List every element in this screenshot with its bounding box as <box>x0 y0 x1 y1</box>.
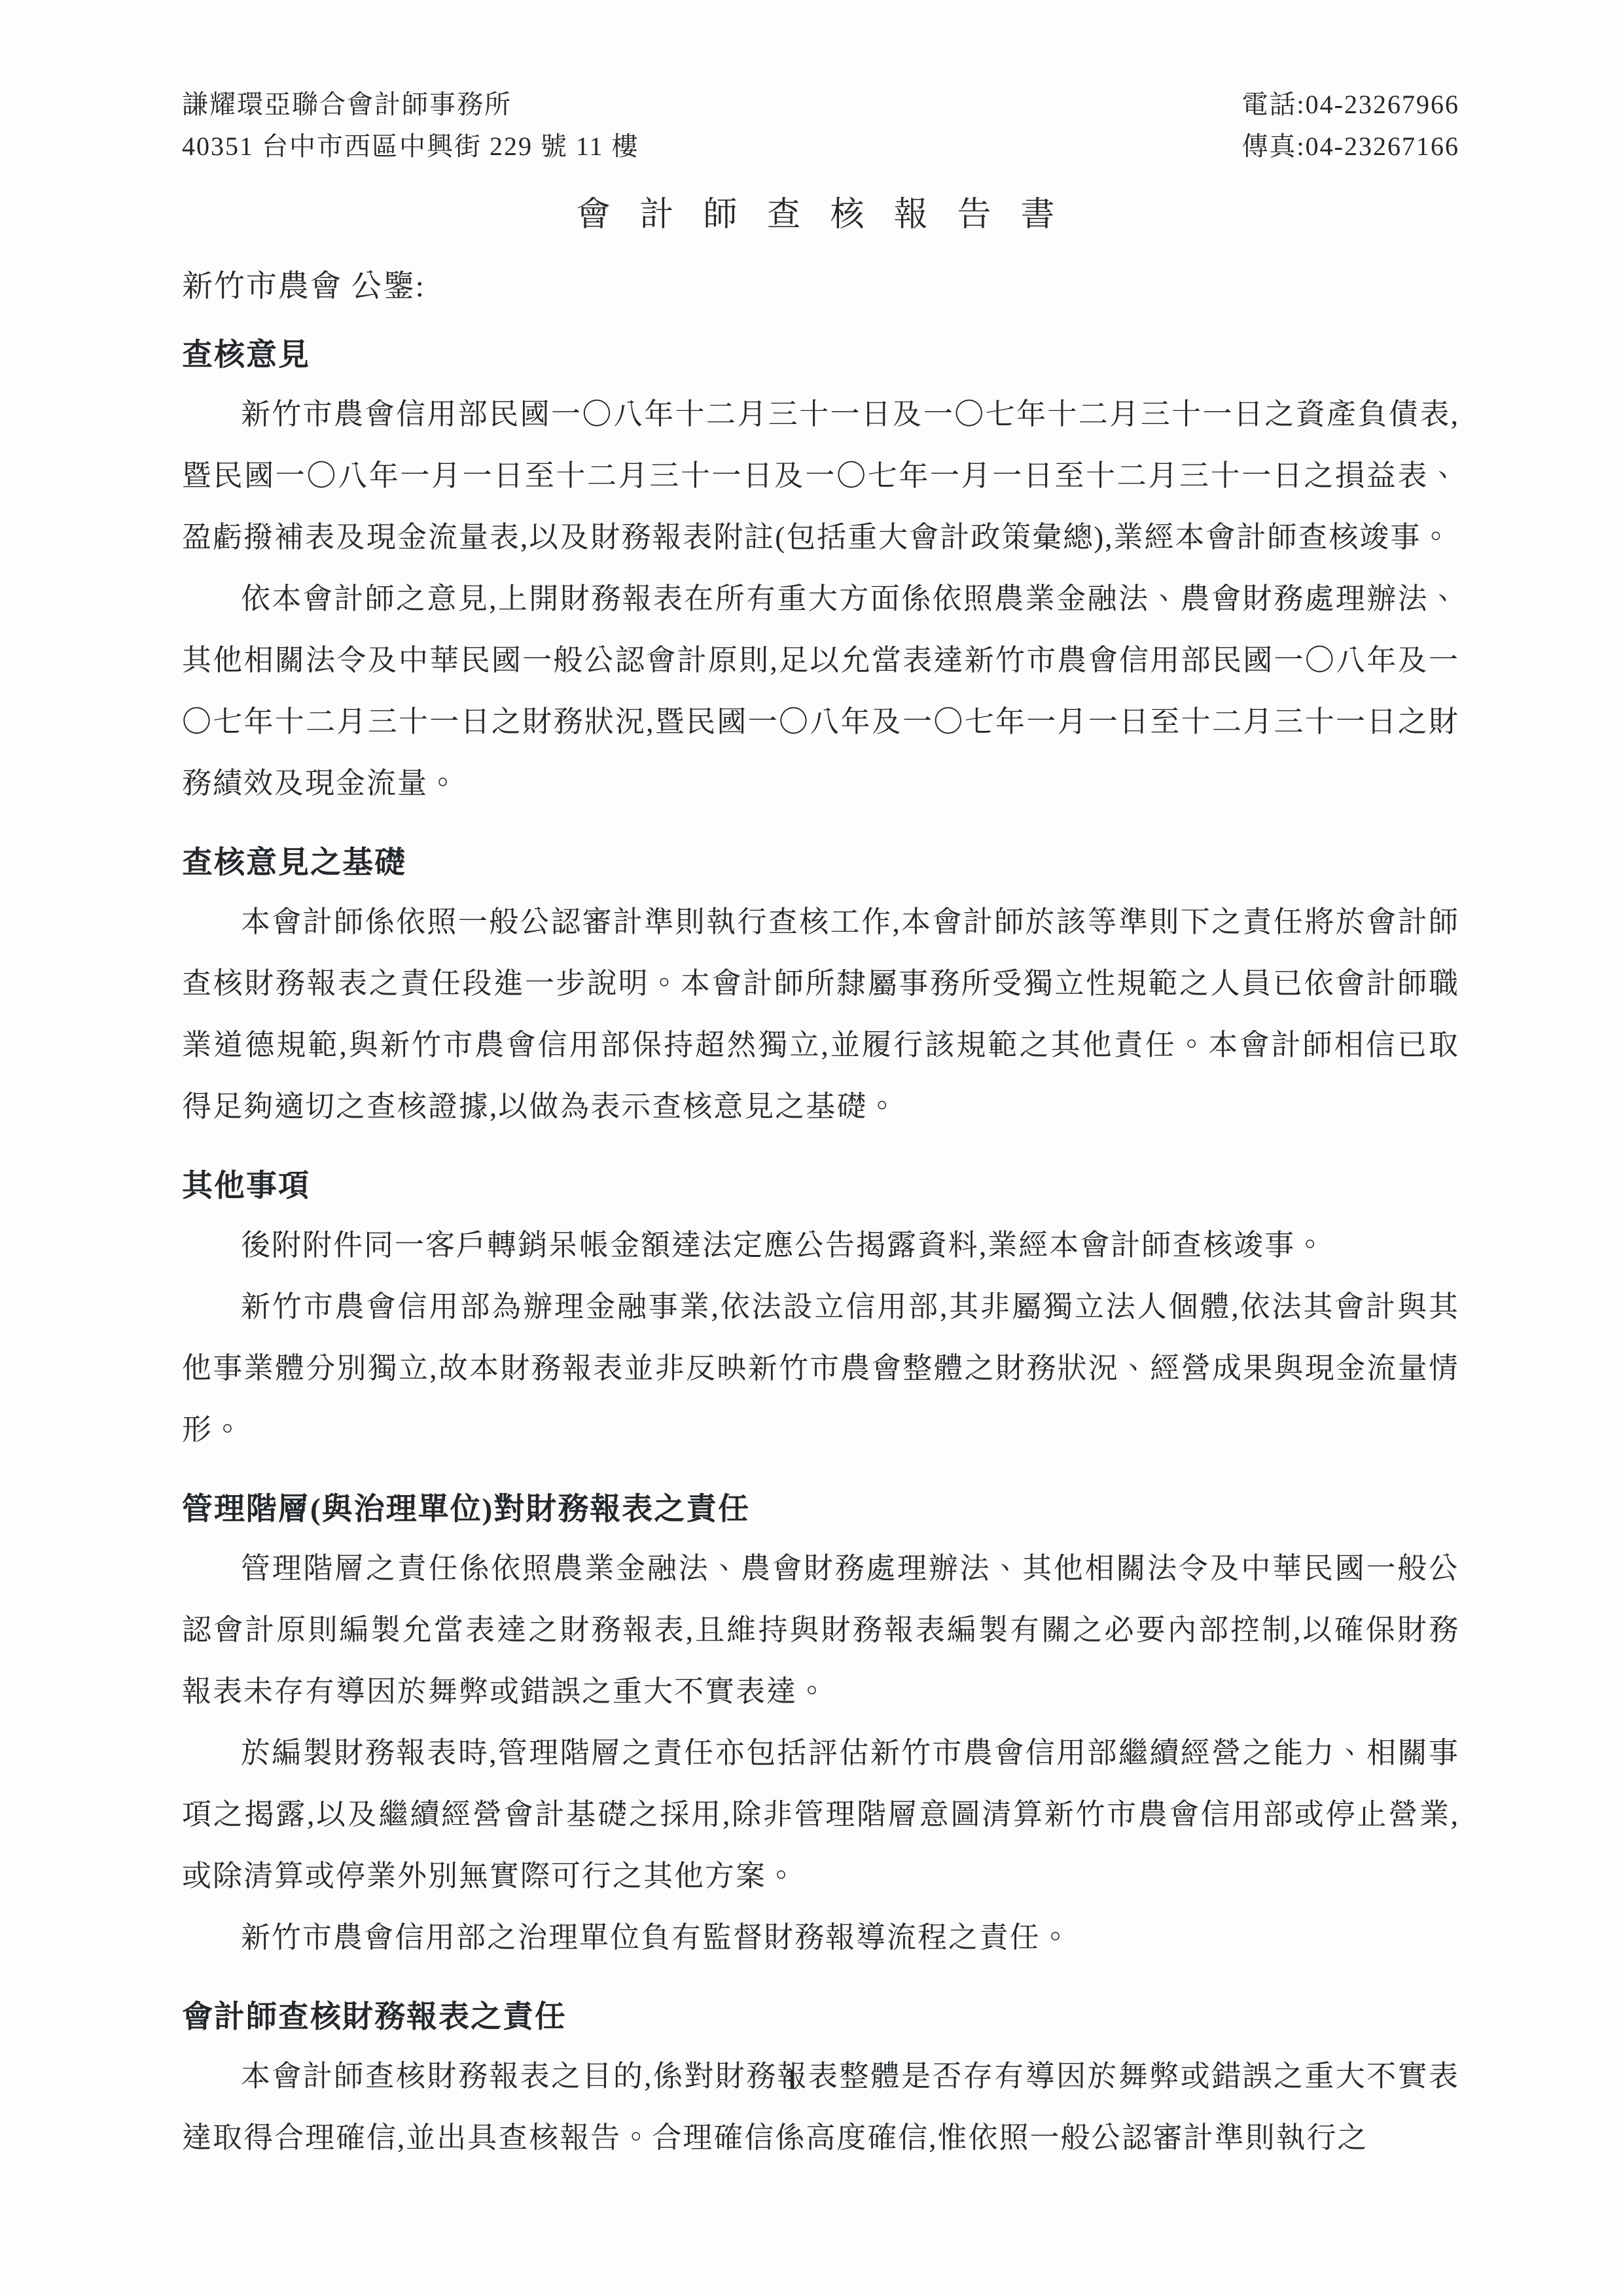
paragraph: 後附附件同一客戶轉銷呆帳金額達法定應公告揭露資料,業經本會計師查核竣事。 <box>182 1214 1459 1276</box>
section-heading-other-matters: 其他事項 <box>182 1166 1459 1207</box>
section-other-matters: 其他事項 後附附件同一客戶轉銷呆帳金額達法定應公告揭露資料,業經本會計師查核竣事… <box>182 1166 1459 1460</box>
section-basis-for-opinion: 查核意見之基礎 本會計師係依照一般公認審計準則執行查核工作,本會計師於該等準則下… <box>182 843 1459 1137</box>
letterhead-left: 謙耀環亞聯合會計師事務所 40351 台中市西區中興街 229 號 11 樓 <box>182 84 639 168</box>
paragraph: 本會計師係依照一般公認審計準則執行查核工作,本會計師於該等準則下之責任將於會計師… <box>182 891 1459 1137</box>
section-heading-audit-opinion: 查核意見 <box>182 335 1459 376</box>
paragraph: 新竹市農會信用部為辦理金融事業,依法設立信用部,其非屬獨立法人個體,依法其會計與… <box>182 1276 1459 1460</box>
salutation: 新竹市農會 公鑒: <box>182 267 1459 306</box>
letterhead: 謙耀環亞聯合會計師事務所 40351 台中市西區中興街 229 號 11 樓 電… <box>182 84 1459 168</box>
section-audit-opinion: 查核意見 新竹市農會信用部民國一〇八年十二月三十一日及一〇七年十二月三十一日之資… <box>182 335 1459 814</box>
page-number: 1 <box>0 2060 1582 2099</box>
paragraph: 新竹市農會信用部之治理單位負有監督財務報導流程之責任。 <box>182 1907 1459 1968</box>
section-heading-management-responsibilities: 管理階層(與治理單位)對財務報表之責任 <box>182 1489 1459 1530</box>
firm-phone: 電話:04-23267966 <box>1242 84 1459 126</box>
section-heading-basis-for-opinion: 查核意見之基礎 <box>182 843 1459 883</box>
paragraph: 新竹市農會信用部民國一〇八年十二月三十一日及一〇七年十二月三十一日之資產負債表,… <box>182 383 1459 568</box>
section-management-responsibilities: 管理階層(與治理單位)對財務報表之責任 管理階層之責任係依照農業金融法、農會財務… <box>182 1489 1459 1968</box>
letterhead-right: 電話:04-23267966 傳真:04-23267166 <box>1242 84 1459 168</box>
firm-address: 40351 台中市西區中興街 229 號 11 樓 <box>182 126 639 168</box>
audit-report-page: 謙耀環亞聯合會計師事務所 40351 台中市西區中興街 229 號 11 樓 電… <box>0 0 1623 2296</box>
paragraph: 於編製財務報表時,管理階層之責任亦包括評估新竹市農會信用部繼續經營之能力、相關事… <box>182 1722 1459 1907</box>
firm-name: 謙耀環亞聯合會計師事務所 <box>182 84 639 126</box>
firm-fax: 傳真:04-23267166 <box>1242 126 1459 168</box>
paragraph: 管理階層之責任係依照農業金融法、農會財務處理辦法、其他相關法令及中華民國一般公認… <box>182 1538 1459 1722</box>
paragraph: 依本會計師之意見,上開財務報表在所有重大方面係依照農業金融法、農會財務處理辦法、… <box>182 568 1459 814</box>
report-title: 會 計 師 查 核 報 告 書 <box>182 194 1459 237</box>
section-heading-auditor-responsibilities: 會計師查核財務報表之責任 <box>182 1997 1459 2038</box>
